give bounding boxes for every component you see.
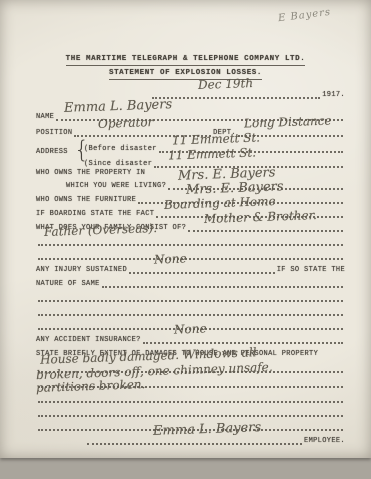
injury-row: ANY INJURY SUSTAINED IF SO STATE THE Non…: [36, 263, 345, 275]
injury-nature-label: NATURE OF SAME: [36, 280, 100, 289]
scanned-document: E Bayers THE MARITIME TELEGRAPH & TELEPH…: [0, 0, 371, 479]
address-before-label: (Before disaster: [84, 145, 157, 154]
family-value-line2: Father (Overseas).: [44, 223, 157, 238]
damages-line-3-row: partitions broken.: [36, 392, 345, 404]
insurance-row: ANY ACCIDENT INSURANCE? None: [36, 333, 345, 345]
paper-sheet: E Bayers THE MARITIME TELEGRAPH & TELEPH…: [0, 0, 371, 458]
injury-suffix-label: IF SO STATE THE: [277, 266, 345, 275]
blank-dotted-line: [36, 406, 345, 418]
insurance-value: None: [174, 323, 207, 335]
insurance-label: ANY ACCIDENT INSURANCE?: [36, 336, 141, 345]
date-year: 1917.: [322, 91, 345, 100]
boarding-label: IF BOARDING STATE THE FACT: [36, 210, 154, 219]
injury-value: None: [154, 253, 187, 265]
blank-dotted-line: [36, 249, 345, 261]
address-before-value: 11 Emmett St.: [172, 132, 260, 146]
property-owner-label-line1: WHO OWNS THE PROPERTY IN: [36, 169, 145, 178]
signature-row: EMPLOYEE. Emma L. Bayers: [85, 434, 345, 446]
signature-value: Emma L. Bayers: [153, 422, 261, 437]
injury-label: ANY INJURY SUSTAINED: [36, 266, 127, 275]
pencil-note: E Bayers: [278, 7, 332, 24]
address-since-label: (Since disaster: [84, 160, 152, 169]
name-value: Emma L. Bayers: [64, 99, 172, 114]
blank-dotted-line: [36, 291, 345, 303]
address-label: ADDRESS: [36, 148, 68, 157]
document-subtitle: STATEMENT OF EXPLOSION LOSSES.: [0, 61, 371, 80]
dept-value: Long Distance: [244, 115, 332, 129]
furniture-owner-label: WHO OWNS THE FURNITURE: [36, 196, 136, 205]
date-row: 1917. Dec 19th: [150, 88, 345, 100]
position-label: POSITION: [36, 129, 72, 138]
employee-label: EMPLOYEE.: [304, 437, 345, 446]
damages-line-3: partitions broken.: [36, 379, 146, 394]
property-owner-label-line2: WHICH YOU WERE LIVING?: [66, 182, 166, 191]
family-value: Mother & Brother.: [204, 210, 317, 225]
name-label: NAME: [36, 113, 54, 122]
position-value: Operator: [98, 117, 154, 130]
date-handwritten: Dec 19th: [198, 78, 253, 91]
address-since-value: 11 Emmett St.: [168, 147, 256, 161]
boarding-value: Boarding at Home: [164, 196, 276, 211]
family-row-2: Father (Overseas).: [36, 235, 345, 247]
injury-nature-row: NATURE OF SAME: [36, 277, 345, 289]
blank-dotted-line: [36, 305, 345, 317]
